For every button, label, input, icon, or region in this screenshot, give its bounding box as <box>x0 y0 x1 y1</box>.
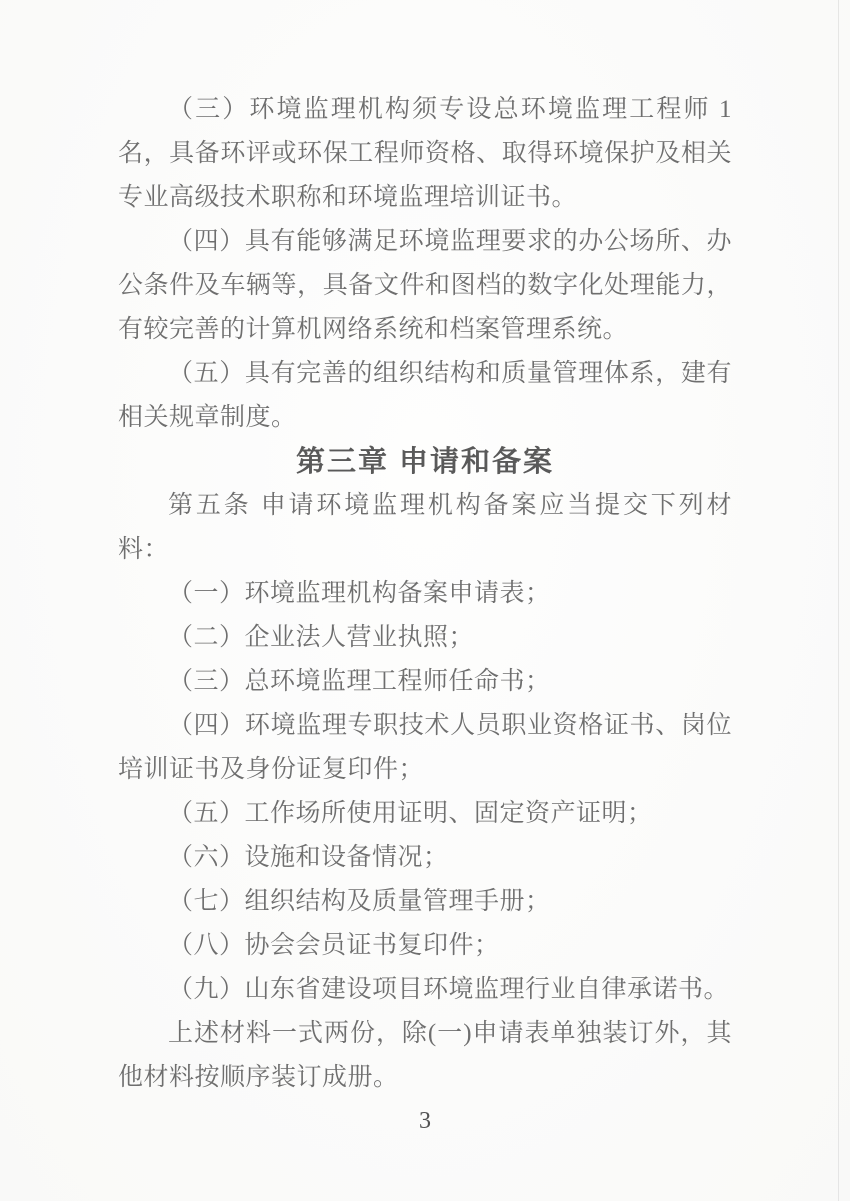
clause-item-4: （四）具有能够满足环境监理要求的办公场所、办公条件及车辆等，具备文件和图档的数字… <box>118 220 732 352</box>
material-item-1: （一）环境监理机构备案申请表； <box>118 572 732 616</box>
scan-edge-line <box>838 0 839 1201</box>
document-page: （三）环境监理机构须专设总环境监理工程师 1 名，具备环评或环保工程师资格、取得… <box>0 0 850 1201</box>
clause-item-3: （三）环境监理机构须专设总环境监理工程师 1 名，具备环评或环保工程师资格、取得… <box>118 88 732 220</box>
material-item-4: （四）环境监理专职技术人员职业资格证书、岗位培训证书及身份证复印件； <box>118 704 732 792</box>
closing-paragraph: 上述材料一式两份，除(一)申请表单独装订外，其他材料按顺序装订成册。 <box>118 1012 732 1100</box>
clause-item-5: （五）具有完善的组织结构和质量管理体系，建有相关规章制度。 <box>118 352 732 440</box>
material-item-5: （五）工作场所使用证明、固定资产证明； <box>118 792 732 836</box>
material-item-3: （三）总环境监理工程师任命书； <box>118 660 732 704</box>
article-5-intro: 第五条 申请环境监理机构备案应当提交下列材料： <box>118 484 732 572</box>
material-item-7: （七）组织结构及质量管理手册； <box>118 880 732 924</box>
material-item-2: （二）企业法人营业执照； <box>118 616 732 660</box>
page-number: 3 <box>0 1106 850 1136</box>
material-item-8: （八）协会会员证书复印件； <box>118 924 732 968</box>
chapter-heading: 第三章 申请和备案 <box>118 440 732 484</box>
material-item-9: （九）山东省建设项目环境监理行业自律承诺书。 <box>118 968 732 1012</box>
material-item-6: （六）设施和设备情况； <box>118 836 732 880</box>
